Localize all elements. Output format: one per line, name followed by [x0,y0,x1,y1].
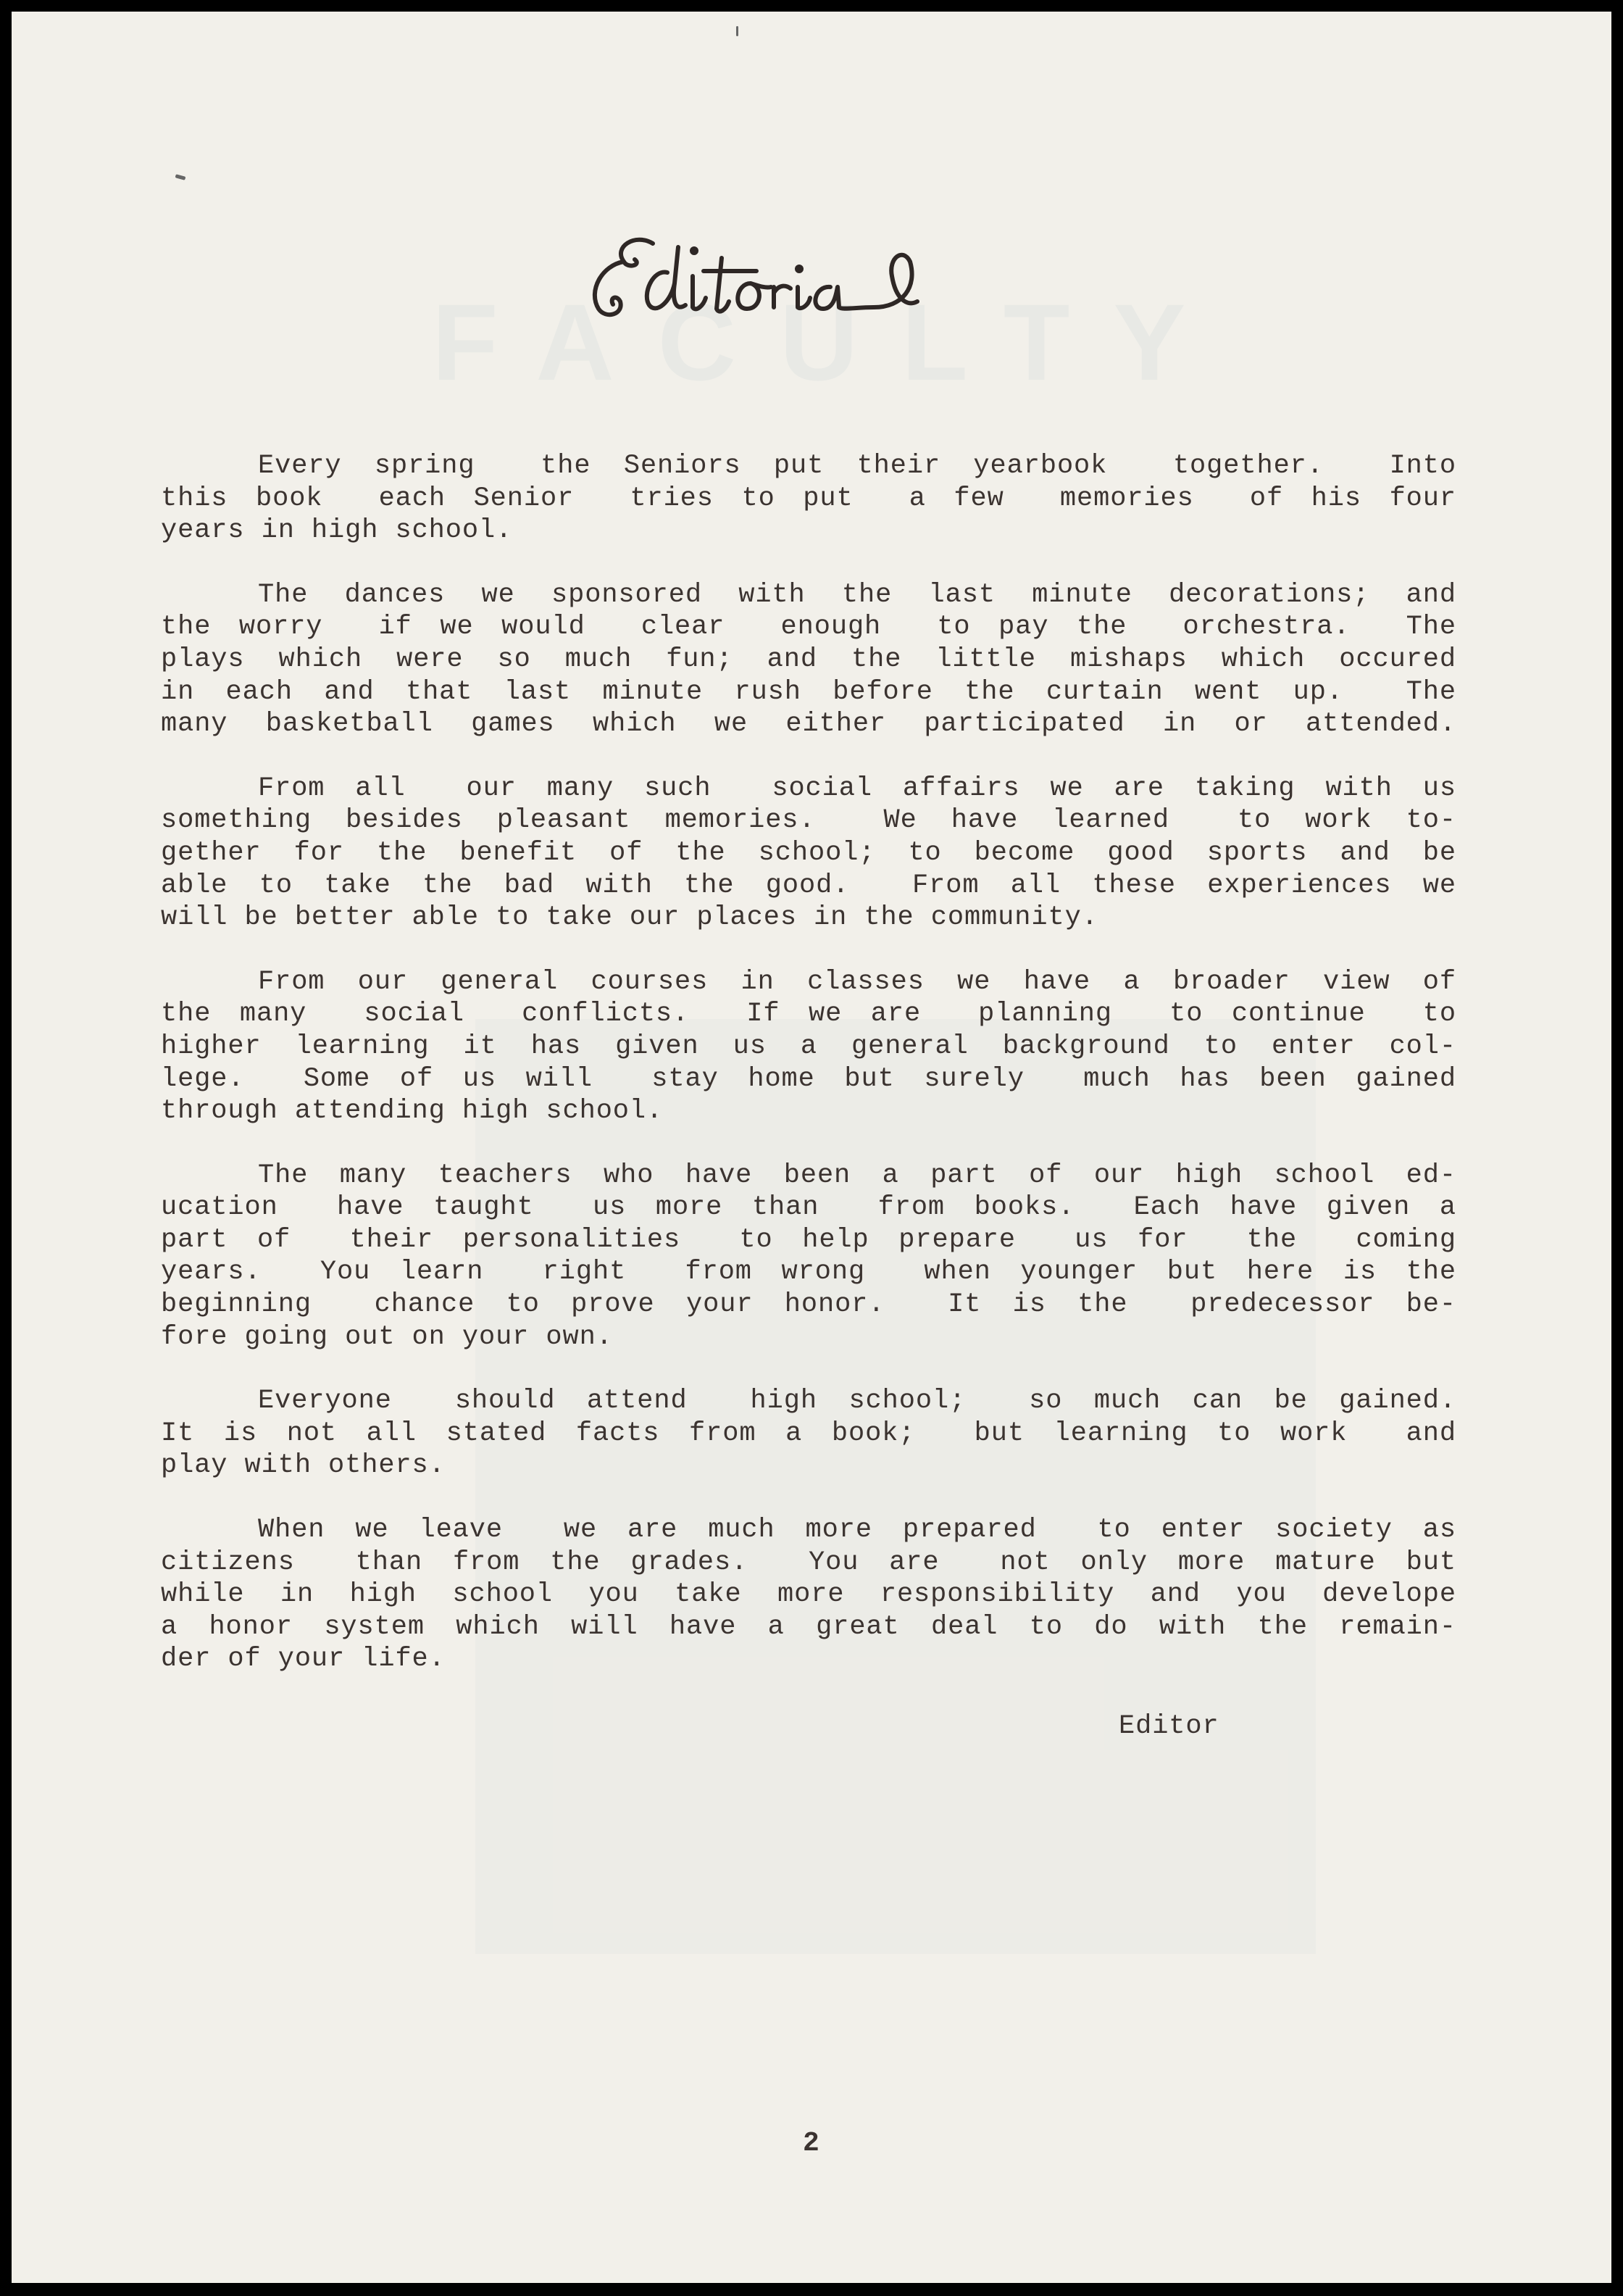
text-line: able to take the bad with the good. From… [161,870,1456,902]
ink-speck [175,174,186,180]
page-number: 2 [803,2128,819,2159]
text-line: Everyone should attend high school; so m… [161,1385,1456,1418]
text-line: a honor system which will have a great d… [161,1611,1456,1644]
text-line: The dances we sponsored with the last mi… [161,579,1456,612]
text-line: It is not all stated facts from a book; … [161,1418,1456,1450]
text-line: citizens than from the grades. You are n… [161,1547,1456,1579]
paragraph-5: The many teachers who have been a part o… [161,1160,1465,1354]
text-line: years. You learn right from wrong when y… [161,1256,1456,1289]
text-line: beginning chance to prove your honor. It… [161,1289,1456,1321]
text-line: fore going out on your own. [161,1321,1456,1354]
text-line: lege. Some of us will stay home but sure… [161,1063,1456,1096]
paragraph-4: From our general courses in classes we h… [161,966,1465,1128]
paragraph-2: The dances we sponsored with the last mi… [161,579,1465,741]
text-line: When we leave we are much more prepared … [161,1514,1456,1547]
text-line: many basketball games which we either pa… [161,708,1456,741]
text-line: ucation have taught us more than from bo… [161,1191,1456,1224]
ink-speck [736,26,738,36]
text-line: The many teachers who have been a part o… [161,1160,1456,1192]
paragraph-6: Everyone should attend high school; so m… [161,1385,1465,1482]
text-line: part of their personalities to help prep… [161,1224,1456,1257]
text-line: years in high school. [161,515,1456,547]
scanned-page: FACULTY Editorial [12,12,1611,2283]
text-line: the worry if we would clear enough to pa… [161,611,1456,644]
text-line: through attending high school. [161,1095,1456,1128]
text-line: play with others. [161,1449,1456,1482]
paragraph-7: When we leave we are much more prepared … [161,1514,1465,1676]
paragraph-1: Every spring the Seniors put their yearb… [161,450,1465,547]
text-line: der of your life. [161,1643,1456,1676]
text-line: while in high school you take more respo… [161,1578,1456,1611]
text-line: gether for the benefit of the school; to… [161,837,1456,870]
text-line: From our general courses in classes we h… [161,966,1456,999]
text-line: this book each Senior tries to put a few… [161,483,1456,515]
text-line: Every spring the Seniors put their yearb… [161,450,1456,483]
text-line: From all our many such social affairs we… [161,773,1456,805]
text-line: something besides pleasant memories. We … [161,804,1456,837]
text-line: higher learning it has given us a genera… [161,1031,1456,1063]
editorial-script-title: Editorial [584,229,1019,330]
text-line: will be better able to take our places i… [161,902,1456,934]
text-line: plays which were so much fun; and the li… [161,644,1456,676]
editorial-handwritten-heading-icon: Editorial [584,229,1019,330]
paragraph-3: From all our many such social affairs we… [161,773,1465,934]
editor-signature: Editor [1119,1711,1219,1742]
text-line: in each and that last minute rush before… [161,676,1456,709]
text-line: the many social conflicts. If we are pla… [161,998,1456,1031]
editorial-body: Every spring the Seniors put their yearb… [161,450,1465,1708]
